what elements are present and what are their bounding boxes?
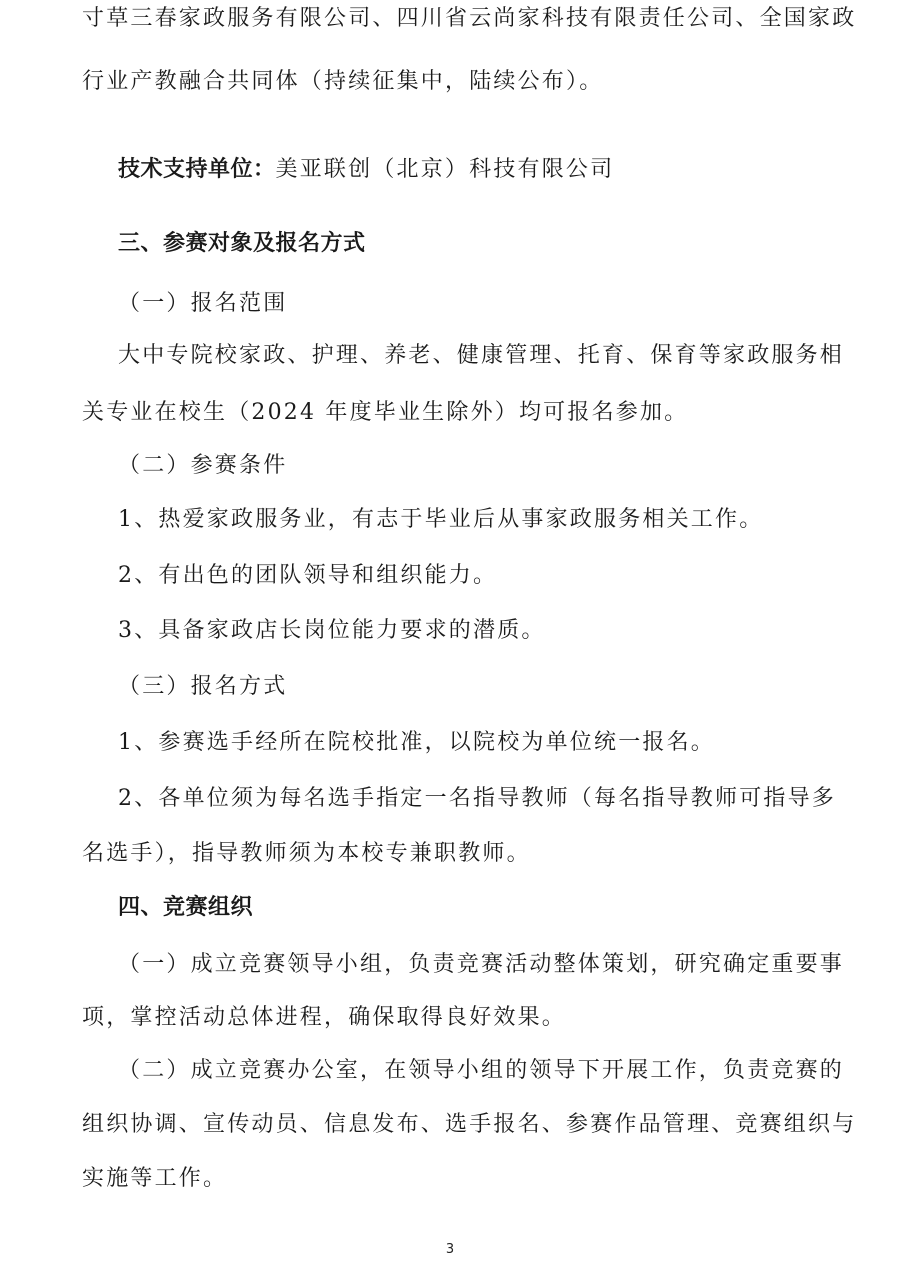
body-text-line: （一）成立竞赛领导小组，负责竞赛活动整体策划，研究确定重要事 xyxy=(118,950,878,980)
section-heading-4: 四、竞赛组织 xyxy=(118,893,878,923)
document-page: 寸草三春家政服务有限公司、四川省云尚家科技有限责任公司、全国家政 行业产教融合共… xyxy=(0,0,900,1272)
body-text-line: 实施等工作。 xyxy=(82,1164,842,1194)
list-item: 1、热爱家政服务业，有志于毕业后从事家政服务相关工作。 xyxy=(118,505,878,535)
tech-support-value: 美亚联创（北京）科技有限公司 xyxy=(276,157,615,182)
body-text-line: （二）成立竞赛办公室，在领导小组的领导下开展工作，负责竞赛的 xyxy=(118,1056,878,1086)
subsection-title: （二）参赛条件 xyxy=(118,451,878,481)
list-item: 3、具备家政店长岗位能力要求的潜质。 xyxy=(118,616,878,646)
list-item: 2、有出色的团队领导和组织能力。 xyxy=(118,561,878,591)
body-text-line: 大中专院校家政、护理、养老、健康管理、托育、保育等家政服务相 xyxy=(118,341,878,371)
list-item: 1、参赛选手经所在院校批准，以院校为单位统一报名。 xyxy=(118,728,878,758)
body-text-line: 项，掌控活动总体进程，确保取得良好效果。 xyxy=(82,1003,842,1033)
subsection-title: （一）报名范围 xyxy=(118,289,878,319)
list-item: 2、各单位须为每名选手指定一名指导教师（每名指导教师可指导多 xyxy=(118,784,878,814)
body-text-line: 寸草三春家政服务有限公司、四川省云尚家科技有限责任公司、全国家政 xyxy=(82,4,842,34)
body-text-line: 关专业在校生（2024 年度毕业生除外）均可报名参加。 xyxy=(82,398,842,428)
page-number: 3 xyxy=(0,1242,900,1257)
tech-support-label: 技术支持单位： xyxy=(118,157,276,182)
body-text-line: 行业产教融合共同体（持续征集中，陆续公布）。 xyxy=(82,67,842,97)
tech-support-line: 技术支持单位：美亚联创（北京）科技有限公司 xyxy=(118,155,878,185)
body-text-line: 名选手），指导教师须为本校专兼职教师。 xyxy=(82,839,842,869)
subsection-title: （三）报名方式 xyxy=(118,672,878,702)
section-heading-3: 三、参赛对象及报名方式 xyxy=(118,229,878,259)
body-text-line: 组织协调、宣传动员、信息发布、选手报名、参赛作品管理、竞赛组织与 xyxy=(82,1110,842,1140)
